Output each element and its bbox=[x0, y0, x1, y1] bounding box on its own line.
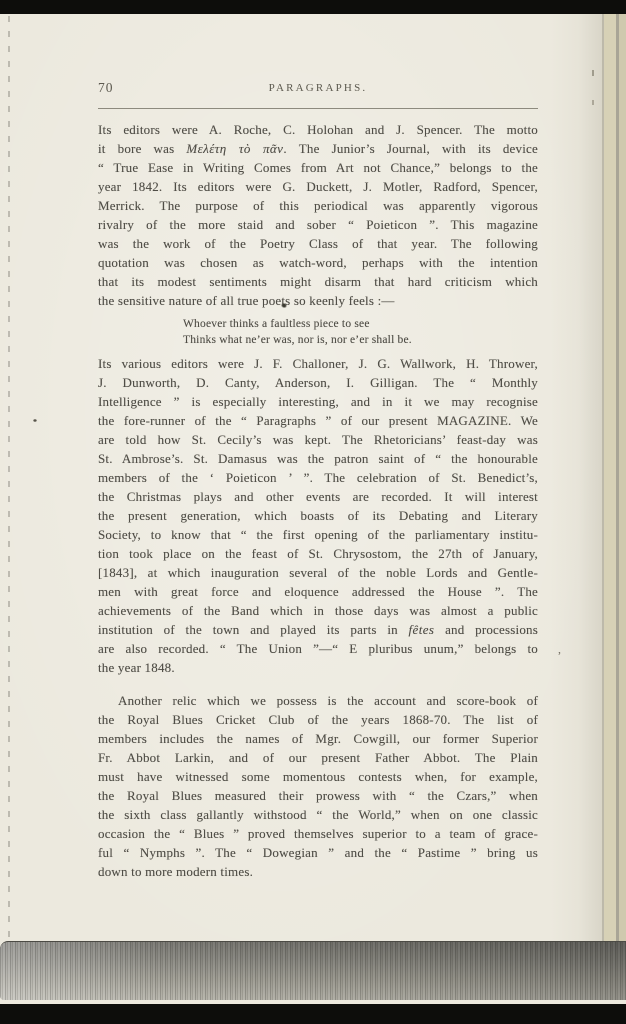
scanned-page: 70 PARAGRAPHS. Its editors were A. Roche… bbox=[0, 0, 626, 1024]
text-line: Merrick. The purpose of this periodical … bbox=[98, 196, 538, 215]
text-line: that its modest sentiments might disarm … bbox=[98, 272, 538, 291]
text-line: men with great force and eloquence addre… bbox=[98, 582, 538, 601]
text-line: Fr. Abbot Larkin, and of our present Fat… bbox=[98, 748, 538, 767]
text-line: Its editors were A. Roche, C. Holohan an… bbox=[98, 120, 538, 139]
ink-speck bbox=[33, 419, 37, 422]
page-edges-band bbox=[0, 941, 626, 1000]
page-curvature-shadow bbox=[550, 14, 602, 948]
running-title: PARAGRAPHS. bbox=[98, 82, 538, 94]
text-line: the fore-runner of the “ Paragraphs ” of… bbox=[98, 411, 538, 430]
text-line: institution of the town and played its p… bbox=[98, 620, 538, 639]
page-edge-right bbox=[602, 14, 626, 948]
text-line: members includes the names of Mgr. Cowgi… bbox=[98, 729, 538, 748]
text-line: the sensitive nature of all true poets s… bbox=[98, 291, 538, 310]
text-line: the year 1848. bbox=[98, 658, 538, 677]
text-line: it bore was Μελέτη τὸ πᾶν. The Junior’s … bbox=[98, 139, 538, 158]
text-line: the Royal Blues measured their prowess w… bbox=[98, 786, 538, 805]
text-line: Intelligence ” is especially interesting… bbox=[98, 392, 538, 411]
binding-stitch-line bbox=[8, 16, 10, 978]
text-line: are also recorded. “ The Union ”—“ E plu… bbox=[98, 639, 538, 658]
scanner-background-top bbox=[0, 0, 626, 14]
page-header: 70 PARAGRAPHS. bbox=[98, 78, 538, 100]
book-page: 70 PARAGRAPHS. Its editors were A. Roche… bbox=[0, 14, 626, 1004]
text-line: down to more modern times. bbox=[98, 862, 538, 881]
text-line: year 1842. Its editors were G. Duckett, … bbox=[98, 177, 538, 196]
text-line: Society, to know that “ the first openin… bbox=[98, 525, 538, 544]
text-line: the sixth class gallantly withstood “ th… bbox=[98, 805, 538, 824]
text-line: the Christmas plays and other events are… bbox=[98, 487, 538, 506]
quote-block: Whoever thinks a faultless piece to seeT… bbox=[183, 317, 538, 348]
text-line: the Royal Blues Cricket Club of the year… bbox=[98, 710, 538, 729]
text-line: “ True Ease in Writing Comes from Art no… bbox=[98, 158, 538, 177]
ink-speck bbox=[592, 100, 594, 105]
page-content: 70 PARAGRAPHS. Its editors were A. Roche… bbox=[98, 78, 538, 881]
ink-speck bbox=[592, 70, 594, 76]
text-line: the present generation, which boasts of … bbox=[98, 506, 538, 525]
text-line: members of the ‘ Poieticon ’ ”. The cele… bbox=[98, 468, 538, 487]
text-line: achievements of the Band which in those … bbox=[98, 601, 538, 620]
text-line: was the work of the Poetry Class of that… bbox=[98, 234, 538, 253]
text-line: J. Dunworth, D. Canty, Anderson, I. Gill… bbox=[98, 373, 538, 392]
stray-comma-mark: , bbox=[558, 642, 561, 657]
text-line: occasion the “ Blues ” proved themselves… bbox=[98, 824, 538, 843]
text-line: Another relic which we possess is the ac… bbox=[98, 691, 538, 710]
text-line: [1843], at which inauguration several of… bbox=[98, 563, 538, 582]
text-block: Its editors were A. Roche, C. Holohan an… bbox=[98, 120, 538, 881]
text-line: must have witnessed some momentous conte… bbox=[98, 767, 538, 786]
text-line: Whoever thinks a faultless piece to see bbox=[183, 317, 538, 333]
text-line: quotation was chosen as watch-word, perh… bbox=[98, 253, 538, 272]
text-line: tion took place on the feast of St. Chry… bbox=[98, 544, 538, 563]
scanner-background-bottom bbox=[0, 1004, 626, 1024]
text-line: are told how St. Cecily’s was kept. The … bbox=[98, 430, 538, 449]
text-line: Thinks what ne’er was, nor is, nor e’er … bbox=[183, 333, 538, 349]
text-line: ful “ Nymphs ”. The “ Dowegian ” and the… bbox=[98, 843, 538, 862]
paragraph: Its various editors were J. F. Challoner… bbox=[98, 354, 538, 677]
paragraph: Its editors were A. Roche, C. Holohan an… bbox=[98, 120, 538, 310]
text-line: rivalry of the more staid and sober “ Po… bbox=[98, 215, 538, 234]
text-line: Its various editors were J. F. Challoner… bbox=[98, 354, 538, 373]
header-rule bbox=[98, 108, 538, 109]
paragraph: Another relic which we possess is the ac… bbox=[98, 691, 538, 881]
text-line: St. Ambrose’s. St. Damasus was the patro… bbox=[98, 449, 538, 468]
